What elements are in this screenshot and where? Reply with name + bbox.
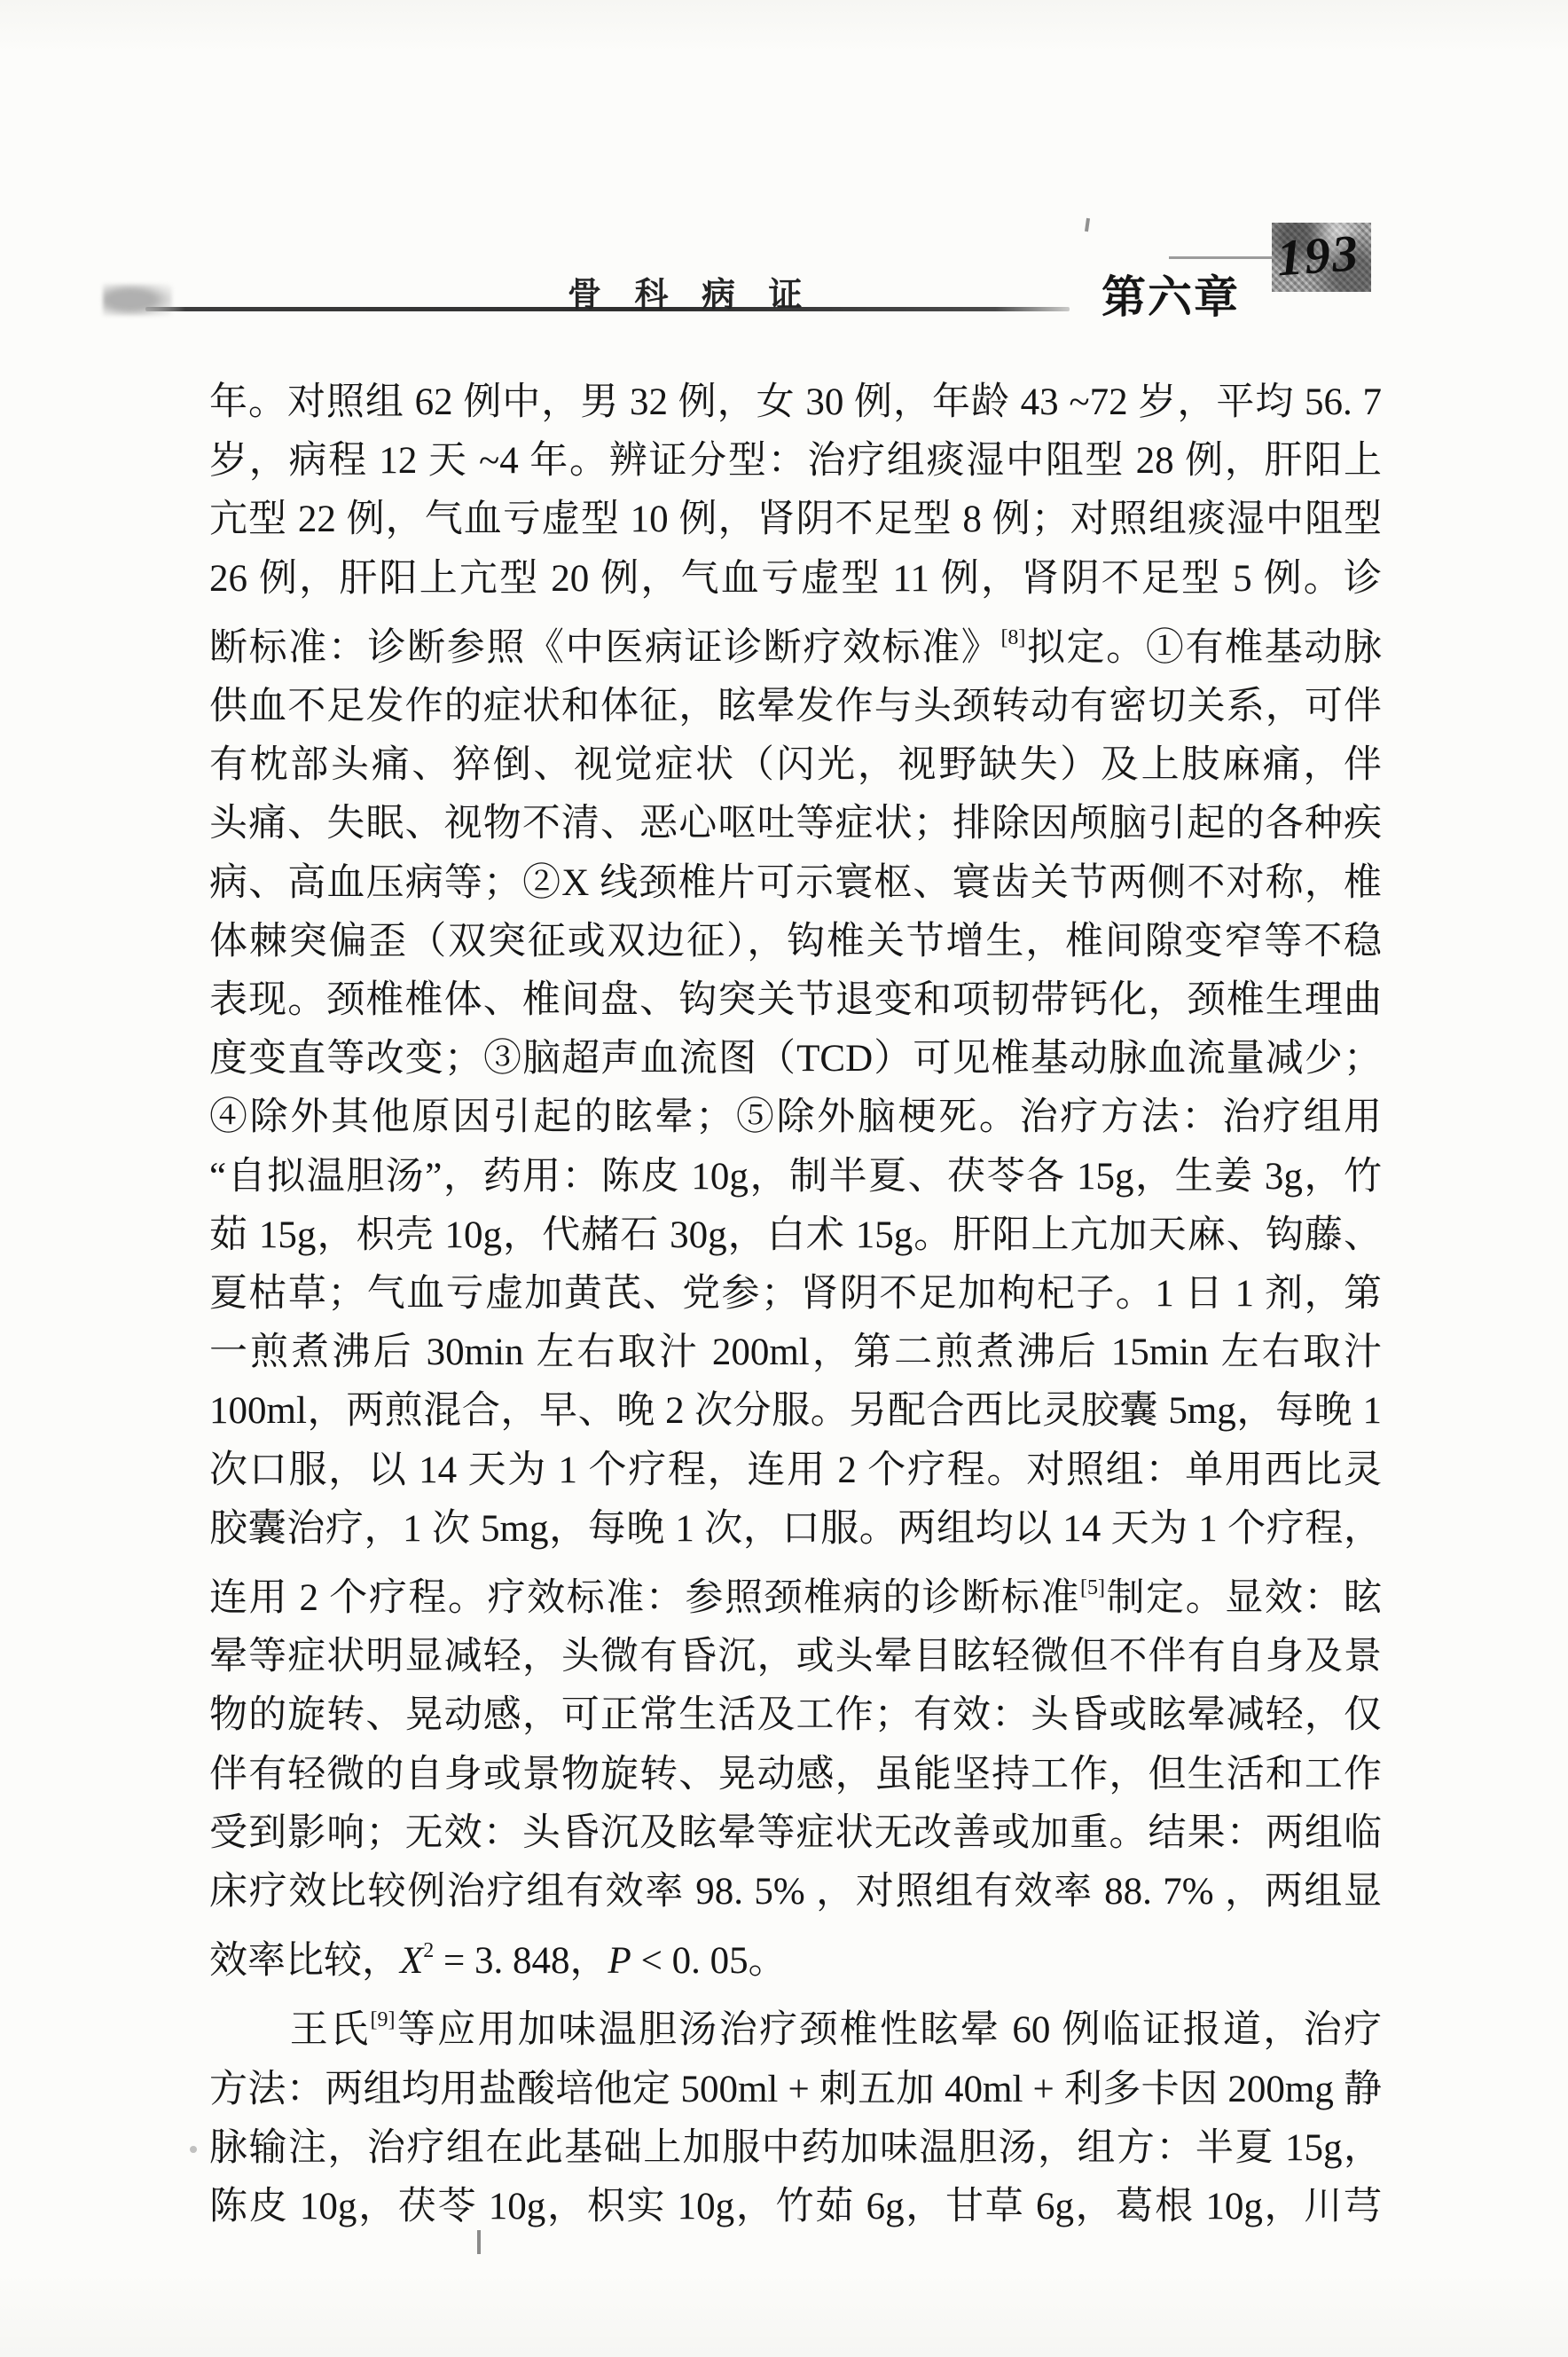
text-segment: 拟定。①有椎基动脉 [1025, 627, 1382, 669]
text-segment: 物的旋转、晃动感，可正常生活及工作；有效：头昏或眩晕减轻，仅 [209, 1694, 1382, 1736]
text-segment: 茹 15g，枳壳 10g，代赭石 30g，白术 15g。肝阳上亢加天麻、钩藤、 [209, 1214, 1382, 1256]
text-segment: 亢型 22 例，气血亏虚型 10 例，肾阴不足型 8 例；对照组痰湿中阻型 [209, 499, 1382, 540]
text-segment: 供血不足发作的症状和体征，眩晕发作与头颈转动有密切关系，可伴 [209, 686, 1382, 727]
text-line: 病、高血压病等；②X 线颈椎片可示寰枢、寰齿关节两侧不对称，椎 [209, 854, 1382, 913]
text-segment: 脉输注，治疗组在此基础上加服中药加味温胆汤，组方：半夏 15g， [209, 2127, 1382, 2169]
text-segment: 岁，病程 12 天 ~4 年。辨证分型：治疗组痰湿中阻型 28 例，肝阳上 [209, 440, 1382, 482]
superscript-reference: 2 [423, 1939, 434, 1962]
text-segment: X [400, 1940, 423, 1982]
text-line: 受到影响；无效：头昏沉及眩晕等症状无改善或加重。结果：两组临 [209, 1804, 1382, 1863]
text-line: 连用 2 个疗程。疗效标准：参照颈椎病的诊断标准[5]制定。显效：眩 [209, 1559, 1382, 1628]
text-line: 效率比较，X2 = 3. 848，P < 0. 05。 [209, 1921, 1382, 1991]
text-line: 一煎煮沸后 30min 左右取汁 200ml，第二煎煮沸后 15min 左右取汁 [209, 1324, 1382, 1382]
text-line: 王氏[9]等应用加味温胆汤治疗颈椎性眩晕 60 例临证报道，治疗 [209, 1991, 1382, 2060]
text-segment: 100ml，两煎混合，早、晚 2 次分服。另配合西比灵胶囊 5mg，每晚 1 [209, 1390, 1382, 1432]
text-line: 床疗效比较例治疗组有效率 98. 5% ，对照组有效率 88. 7% ，两组显 [209, 1863, 1382, 1921]
text-line: 物的旋转、晃动感，可正常生活及工作；有效：头昏或眩晕减轻，仅 [209, 1686, 1382, 1745]
text-line: 度变直等改变；③脑超声血流图（TCD）可见椎基动脉血流量减少； [209, 1030, 1382, 1088]
text-segment: 受到影响；无效：头昏沉及眩晕等症状无改善或加重。结果：两组临 [209, 1812, 1382, 1854]
text-segment: 方法：两组均用盐酸培他定 500ml + 刺五加 40ml + 利多卡因 200… [209, 2069, 1382, 2110]
scanned-book-page: 骨 科 病 证 第六章 193 年。对照组 62 例中，男 32 例，女 30 … [0, 0, 1568, 2357]
text-segment: 等应用加味温胆汤治疗颈椎性眩晕 60 例临证报道，治疗 [395, 2009, 1382, 2051]
text-segment: 年。对照组 62 例中，男 32 例，女 30 例，年龄 43 ~72 岁，平均… [209, 381, 1382, 423]
text-line: 断标准：诊断参照《中医病证诊断疗效标准》[8]拟定。①有椎基动脉 [209, 609, 1382, 678]
text-segment: 头痛、失眠、视物不清、恶心呕吐等症状；排除因颅脑引起的各种疾 [209, 803, 1382, 845]
text-segment: < 0. 05。 [631, 1940, 787, 1982]
scan-speck-bottom [190, 2146, 197, 2153]
text-segment: 有枕部头痛、猝倒、视觉症状（闪光，视野缺失）及上肢麻痛，伴 [209, 744, 1382, 786]
text-segment: ④除外其他原因引起的眩晕；⑤除外脑梗死。治疗方法：治疗组用 [209, 1096, 1382, 1138]
text-segment: P [608, 1940, 631, 1982]
text-segment: 度变直等改变；③脑超声血流图（TCD）可见椎基动脉血流量减少； [209, 1038, 1382, 1080]
text-segment: 一煎煮沸后 30min 左右取汁 200ml，第二煎煮沸后 15min 左右取汁 [209, 1332, 1382, 1373]
text-segment: 病、高血压病等；②X 线颈椎片可示寰枢、寰齿关节两侧不对称，椎 [209, 862, 1382, 904]
text-line: 有枕部头痛、猝倒、视觉症状（闪光，视野缺失）及上肢麻痛，伴 [209, 736, 1382, 795]
chapter-underline [1169, 256, 1274, 259]
text-line: 年。对照组 62 例中，男 32 例，女 30 例，年龄 43 ~72 岁，平均… [209, 373, 1382, 432]
text-line: 表现。颈椎椎体、椎间盘、钩突关节退变和项韧带钙化，颈椎生理曲 [209, 971, 1382, 1030]
scan-tick-mark [477, 2230, 481, 2254]
text-line: ④除外其他原因引起的眩晕；⑤除外脑梗死。治疗方法：治疗组用 [209, 1088, 1382, 1147]
text-line: 26 例，肝阳上亢型 20 例，气血亏虚型 11 例，肾阴不足型 5 例。诊 [209, 550, 1382, 609]
text-segment: 床疗效比较例治疗组有效率 98. 5% ，对照组有效率 88. 7% ，两组显 [209, 1871, 1382, 1913]
text-line: 胶囊治疗，1 次 5mg，每晚 1 次，口服。两组均以 14 天为 1 个疗程， [209, 1500, 1382, 1559]
text-line: 茹 15g，枳壳 10g，代赭石 30g，白术 15g。肝阳上亢加天麻、钩藤、 [209, 1206, 1382, 1265]
text-segment: 制定。显效：眩 [1105, 1577, 1382, 1619]
text-line: 伴有轻微的自身或景物旋转、晃动感，虽能坚持工作，但生活和工作 [209, 1746, 1382, 1804]
running-header-title: 骨 科 病 证 [568, 267, 815, 316]
text-segment: 26 例，肝阳上亢型 20 例，气血亏虚型 11 例，肾阴不足型 5 例。诊 [209, 558, 1382, 600]
text-segment: 陈皮 10g，茯苓 10g，枳实 10g，竹茹 6g，甘草 6g，葛根 10g，… [209, 2186, 1382, 2227]
text-segment: 夏枯草；气血亏虚加黄芪、党参；肾阴不足加枸杞子。1 日 1 剂，第 [209, 1273, 1382, 1315]
text-line: 亢型 22 例，气血亏虚型 10 例，肾阴不足型 8 例；对照组痰湿中阻型 [209, 491, 1382, 549]
text-line: 供血不足发作的症状和体征，眩晕发作与头颈转动有密切关系，可伴 [209, 678, 1382, 736]
text-segment: 体棘突偏歪（双突征或双边征），钩椎关节增生，椎间隙变窄等不稳 [209, 921, 1382, 962]
text-line: 头痛、失眠、视物不清、恶心呕吐等症状；排除因颅脑引起的各种疾 [209, 795, 1382, 853]
text-line: 脉输注，治疗组在此基础上加服中药加味温胆汤，组方：半夏 15g， [209, 2119, 1382, 2178]
text-segment: 胶囊治疗，1 次 5mg，每晚 1 次，口服。两组均以 14 天为 1 个疗程， [209, 1508, 1382, 1550]
text-segment: = 3. 848， [434, 1940, 608, 1982]
chapter-label: 第六章 [1102, 262, 1240, 326]
superscript-reference: [5] [1080, 1576, 1105, 1599]
text-line: 岁，病程 12 天 ~4 年。辨证分型：治疗组痰湿中阻型 28 例，肝阳上 [209, 432, 1382, 491]
text-segment: “自拟温胆汤”，药用：陈皮 10g，制半夏、茯苓各 15g，生姜 3g，竹 [209, 1156, 1382, 1198]
page-number: 193 [1274, 223, 1360, 287]
text-line: 体棘突偏歪（双突征或双边征），钩椎关节增生，椎间隙变窄等不稳 [209, 913, 1382, 971]
page-number-badge: 193 [1272, 223, 1371, 292]
text-line: 夏枯草；气血亏虚加黄芪、党参；肾阴不足加枸杞子。1 日 1 剂，第 [209, 1265, 1382, 1324]
text-segment: 晕等症状明显减轻，头微有昏沉，或头晕目眩轻微但不伴有自身及景 [209, 1636, 1382, 1677]
text-line: “自拟温胆汤”，药用：陈皮 10g，制半夏、茯苓各 15g，生姜 3g，竹 [209, 1148, 1382, 1206]
scan-speck-top [1085, 218, 1090, 232]
superscript-reference: [9] [370, 2008, 395, 2031]
text-line: 方法：两组均用盐酸培他定 500ml + 刺五加 40ml + 利多卡因 200… [209, 2061, 1382, 2119]
text-line: 100ml，两煎混合，早、晚 2 次分服。另配合西比灵胶囊 5mg，每晚 1 [209, 1382, 1382, 1441]
text-segment: 断标准：诊断参照《中医病证诊断疗效标准》 [209, 627, 1000, 669]
text-segment: 王氏 [209, 2009, 370, 2051]
text-segment: 伴有轻微的自身或景物旋转、晃动感，虽能坚持工作，但生活和工作 [209, 1754, 1382, 1795]
body-text: 年。对照组 62 例中，男 32 例，女 30 例，年龄 43 ~72 岁，平均… [209, 373, 1382, 2236]
text-segment: 表现。颈椎椎体、椎间盘、钩突关节退变和项韧带钙化，颈椎生理曲 [209, 979, 1382, 1021]
text-line: 陈皮 10g，茯苓 10g，枳实 10g，竹茹 6g，甘草 6g，葛根 10g，… [209, 2178, 1382, 2236]
text-segment: 次口服，以 14 天为 1 个疗程，连用 2 个疗程。对照组：单用西比灵 [209, 1450, 1382, 1491]
superscript-reference: [8] [1000, 626, 1025, 649]
text-line: 次口服，以 14 天为 1 个疗程，连用 2 个疗程。对照组：单用西比灵 [209, 1442, 1382, 1500]
text-line: 晕等症状明显减轻，头微有昏沉，或头晕目眩轻微但不伴有自身及景 [209, 1628, 1382, 1686]
text-segment: 连用 2 个疗程。疗效标准：参照颈椎病的诊断标准 [209, 1577, 1080, 1619]
text-segment: 效率比较， [209, 1940, 400, 1982]
